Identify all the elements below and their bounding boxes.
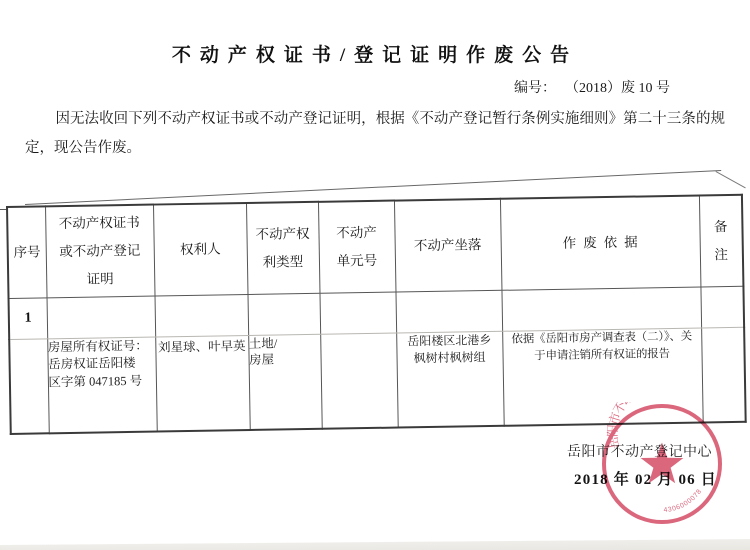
scanned-announcement-page: { "document": { "title": "不动产权证书/登记证明作废公… bbox=[0, 0, 750, 550]
cell-seq: 1 bbox=[9, 297, 48, 339]
cell-empty bbox=[247, 293, 320, 335]
official-stamp: 岳阳市不动产登记中心 4306000078 bbox=[600, 402, 724, 526]
cell-empty bbox=[395, 290, 502, 333]
header-location: 不动产坐落 bbox=[394, 199, 501, 292]
header-unit-no: 不动产 单元号 bbox=[318, 201, 395, 293]
invalidation-table-wrapper: 序号 不动产权证书 或不动产登记 证明 权利人 不动产权 利类型 不动产 单元号… bbox=[6, 194, 746, 435]
cell-right-type: 土地/ 房屋 bbox=[248, 334, 322, 430]
page-title: 不动产权证书/登记证明作废公告 bbox=[0, 40, 750, 67]
body-paragraph: 因无法收回下列不动产权证书或不动产登记证明，根据《不动产登记暂行条例实施细则》第… bbox=[25, 105, 725, 163]
cell-empty bbox=[9, 338, 49, 434]
header-seq: 序号 bbox=[7, 206, 47, 298]
star-icon bbox=[641, 443, 684, 484]
cell-certificate: 房屋所有权证号： 岳房权证岳阳楼 区字第 047185 号 bbox=[47, 337, 157, 434]
header-basis: 作废依据 bbox=[500, 196, 700, 290]
header-right-type: 不动产权 利类型 bbox=[246, 202, 319, 294]
cell-location: 岳阳楼区北港乡 枫树村枫树组 bbox=[396, 331, 504, 428]
document-number-value: （2018）废 10 号 bbox=[572, 81, 670, 96]
cell-empty bbox=[47, 296, 156, 339]
document-number-label: 编号： bbox=[514, 81, 556, 96]
cell-empty bbox=[319, 292, 396, 334]
header-certificate: 不动产权证书 或不动产登记 证明 bbox=[45, 205, 154, 298]
table-header-row: 序号 不动产权证书 或不动产登记 证明 权利人 不动产权 利类型 不动产 单元号… bbox=[7, 195, 743, 298]
document-number: 编号：（2018）废 10 号 bbox=[514, 77, 670, 97]
header-holder: 权利人 bbox=[153, 203, 247, 296]
cell-empty bbox=[155, 294, 249, 337]
cell-empty bbox=[501, 286, 701, 330]
invalidation-table: 序号 不动产权证书 或不动产登记 证明 权利人 不动产权 利类型 不动产 单元号… bbox=[6, 194, 747, 435]
cell-empty bbox=[700, 286, 744, 328]
header-remark: 备注 bbox=[699, 195, 744, 287]
cell-unit-no bbox=[320, 333, 398, 429]
cell-holder: 刘星球、叶早英 bbox=[155, 335, 250, 432]
scan-bottom-edge bbox=[0, 539, 750, 550]
scan-skew-line-connector bbox=[716, 171, 746, 188]
